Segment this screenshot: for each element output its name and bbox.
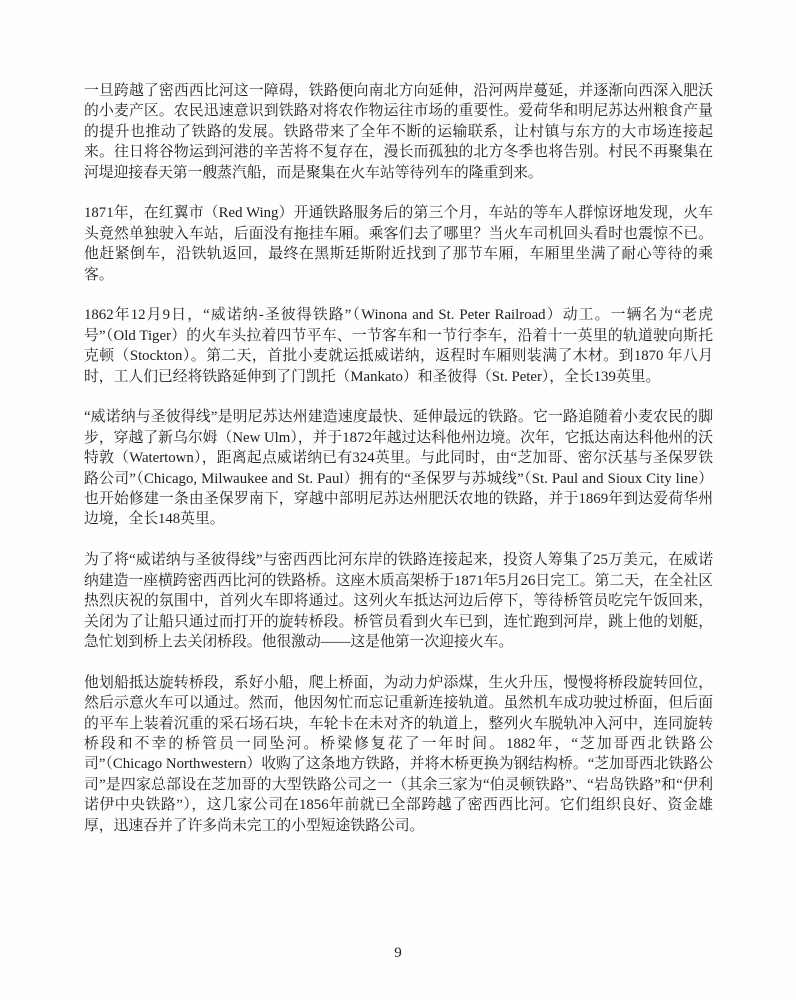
text-block: 一旦跨越了密西西比河这一障碍，铁路便向南北方向延伸，沿河两岸蔓延，并逐渐向西深入… [84, 81, 713, 836]
body-paragraph: 1862年12月9日，“威诺纳-圣彼得铁路”（Winona and St. Pe… [84, 305, 713, 387]
body-paragraph: 一旦跨越了密西西比河这一障碍，铁路便向南北方向延伸，沿河两岸蔓延，并逐渐向西深入… [84, 81, 713, 183]
body-paragraph: 他划船抵达旋转桥段，系好小船，爬上桥面，为动力炉添煤，生火升压，慢慢将桥段旋转回… [84, 673, 713, 836]
body-paragraph: 为了将“威诺纳与圣彼得线”与密西西比河东岸的铁路连接起来，投资人筹集了25万美元… [84, 550, 713, 652]
body-paragraph: 1871年，在红翼市（Red Wing）开通铁路服务后的第三个月，车站的等车人群… [84, 203, 713, 285]
document-page: 一旦跨越了密西西比河这一障碍，铁路便向南北方向延伸，沿河两岸蔓延，并逐渐向西深入… [0, 0, 796, 1000]
page-number: 9 [0, 943, 796, 963]
body-paragraph: “威诺纳与圣彼得线”是明尼苏达州建造速度最快、延伸最远的铁路。它一路追随着小麦农… [84, 407, 713, 529]
